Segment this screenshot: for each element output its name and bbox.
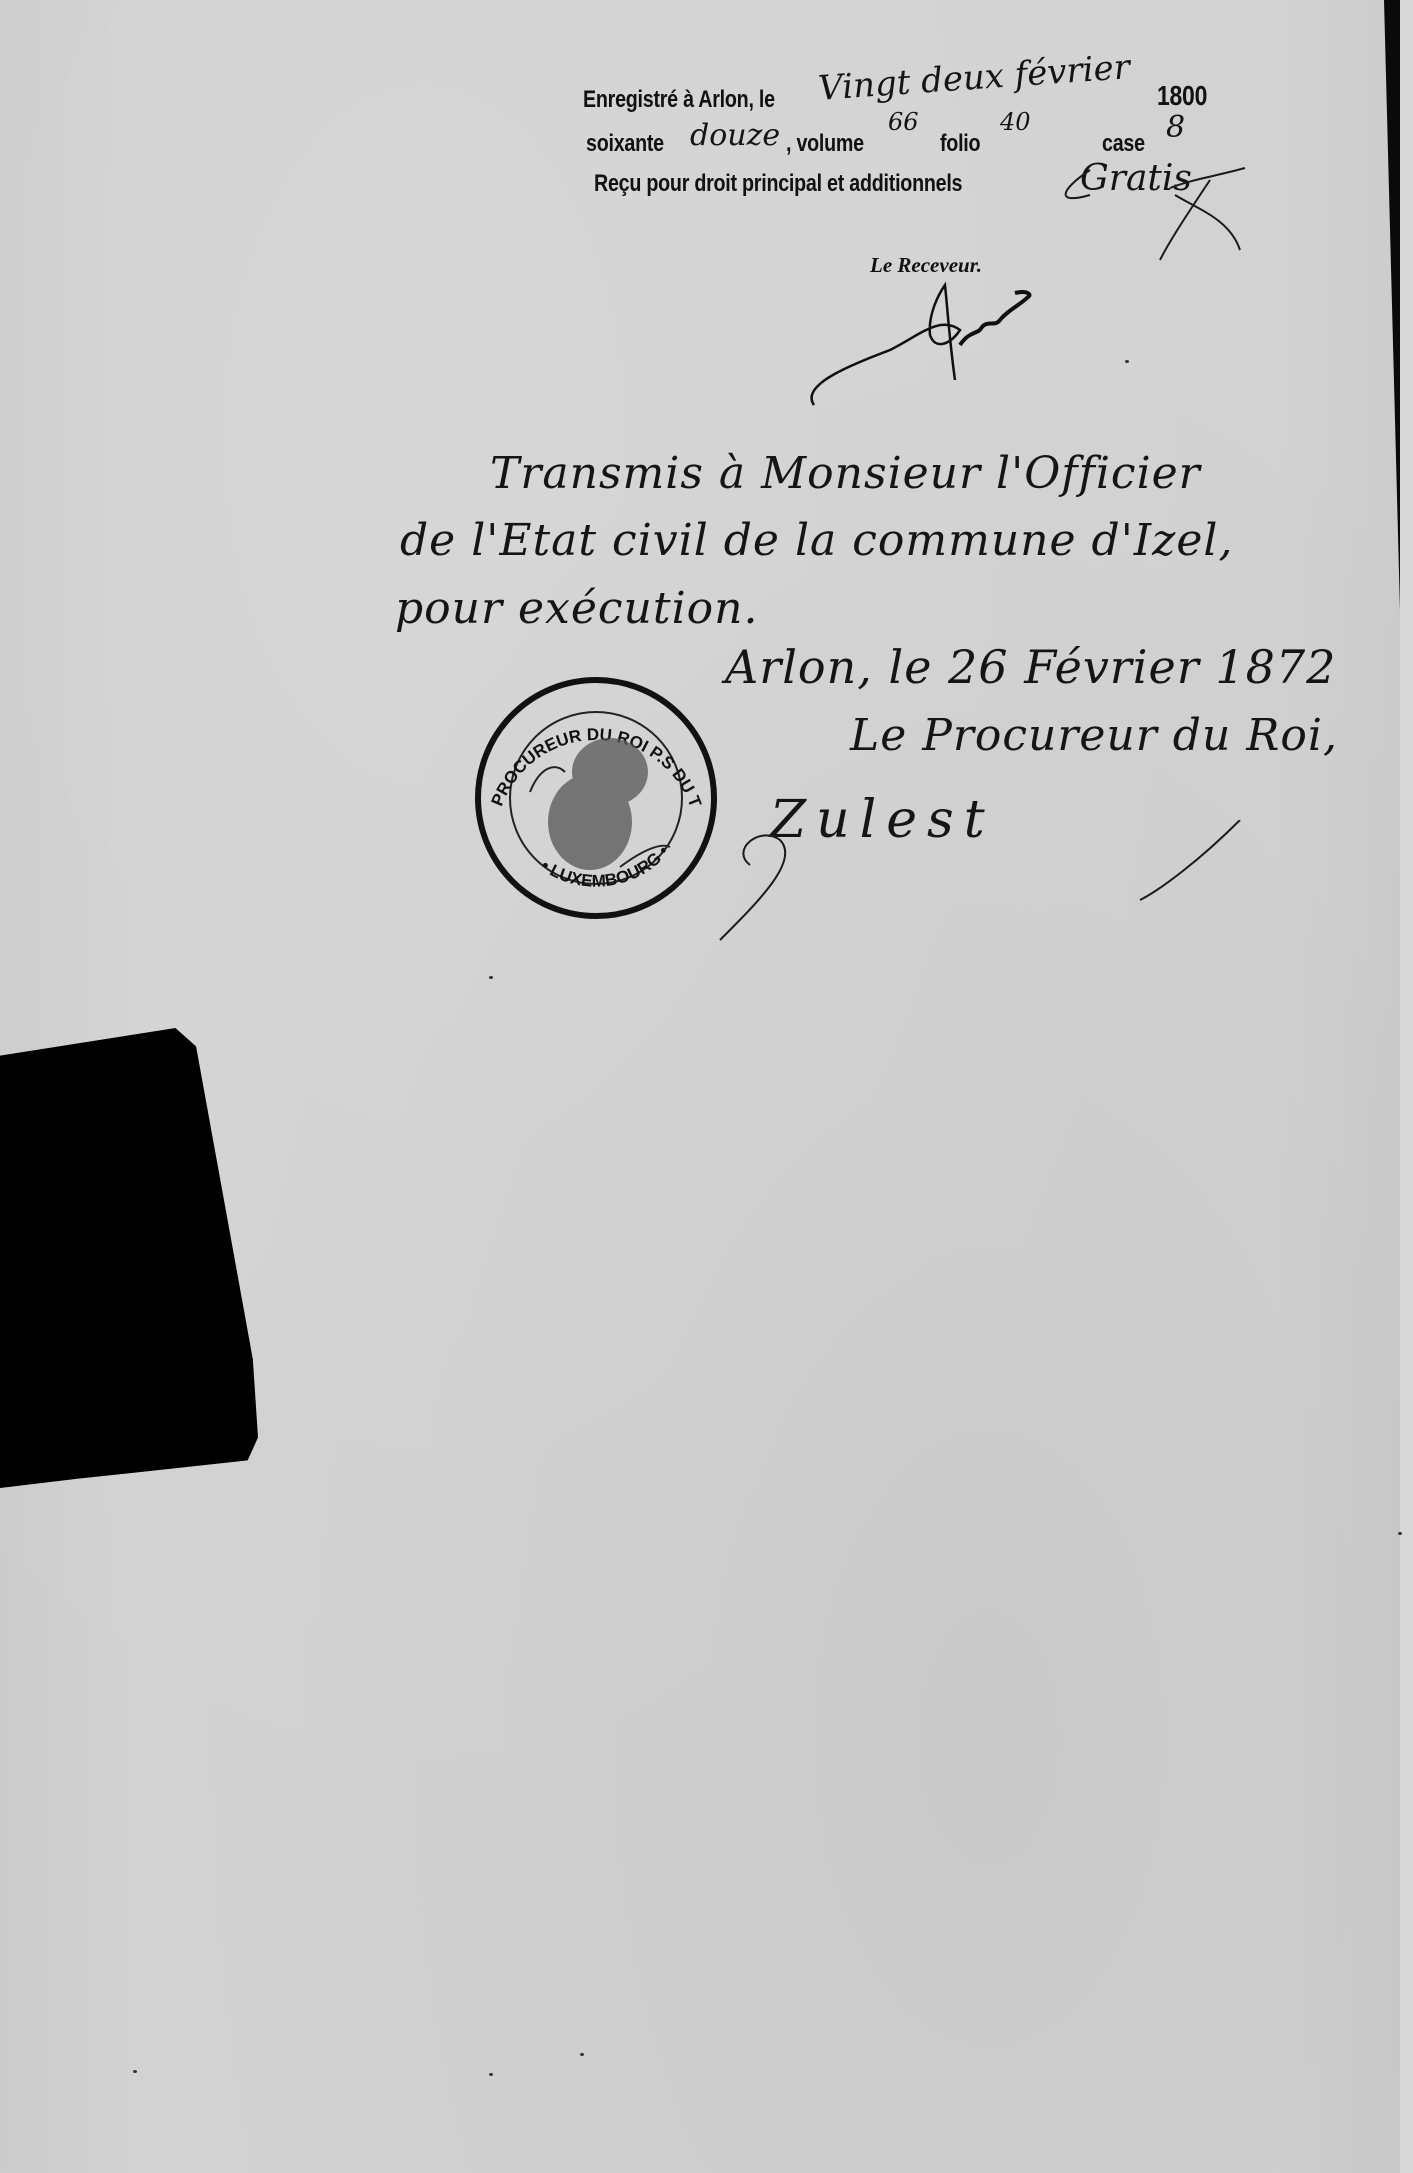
signatory-title: Le Procureur du Roi, [850, 710, 1338, 761]
registration-year-printed: 1800 [1157, 80, 1207, 112]
paper-speck [489, 2073, 493, 2076]
paper-speck [1398, 1532, 1402, 1535]
redaction-block [0, 1028, 258, 1488]
folio-number-handwritten: 40 [1000, 108, 1031, 136]
transmission-line-3: pour exécution. [395, 583, 758, 634]
page-edge-margin [1400, 0, 1413, 2173]
registration-prefix-label: Enregistré à Arlon, le [583, 86, 775, 114]
receiver-signature-icon [810, 275, 1040, 415]
paper-speck [1125, 360, 1129, 363]
document-page: Enregistré à Arlon, le Vingt deux févrie… [0, 0, 1413, 2173]
gratis-flourish-icon [1050, 150, 1250, 270]
volume-number-handwritten: 66 [888, 108, 919, 136]
volume-label: , volume [786, 130, 864, 158]
paper-speck [489, 976, 493, 979]
prosecutor-seal-icon: PROCUREUR DU ROI P.S DU TRIBUNAL D'ARLON… [470, 672, 722, 924]
paper-speck [133, 2070, 137, 2073]
received-duty-label: Reçu pour droit principal et additionnel… [594, 170, 962, 198]
folio-label: folio [940, 130, 980, 158]
paper-speck [580, 2053, 584, 2056]
signature-flourish-icon [700, 820, 1260, 960]
registration-date-handwritten: Vingt deux février [817, 47, 1131, 109]
year-suffix-handwritten: douze [690, 118, 780, 153]
transmission-line-2: de l'Etat civil de la commune d'Izel, [400, 515, 1233, 566]
place-date-line: Arlon, le 26 Février 1872 [725, 640, 1336, 694]
case-number-handwritten: 8 [1166, 110, 1185, 145]
transmission-line-1: Transmis à Monsieur l'Officier [490, 448, 1201, 499]
soixante-label: soixante [586, 130, 664, 158]
